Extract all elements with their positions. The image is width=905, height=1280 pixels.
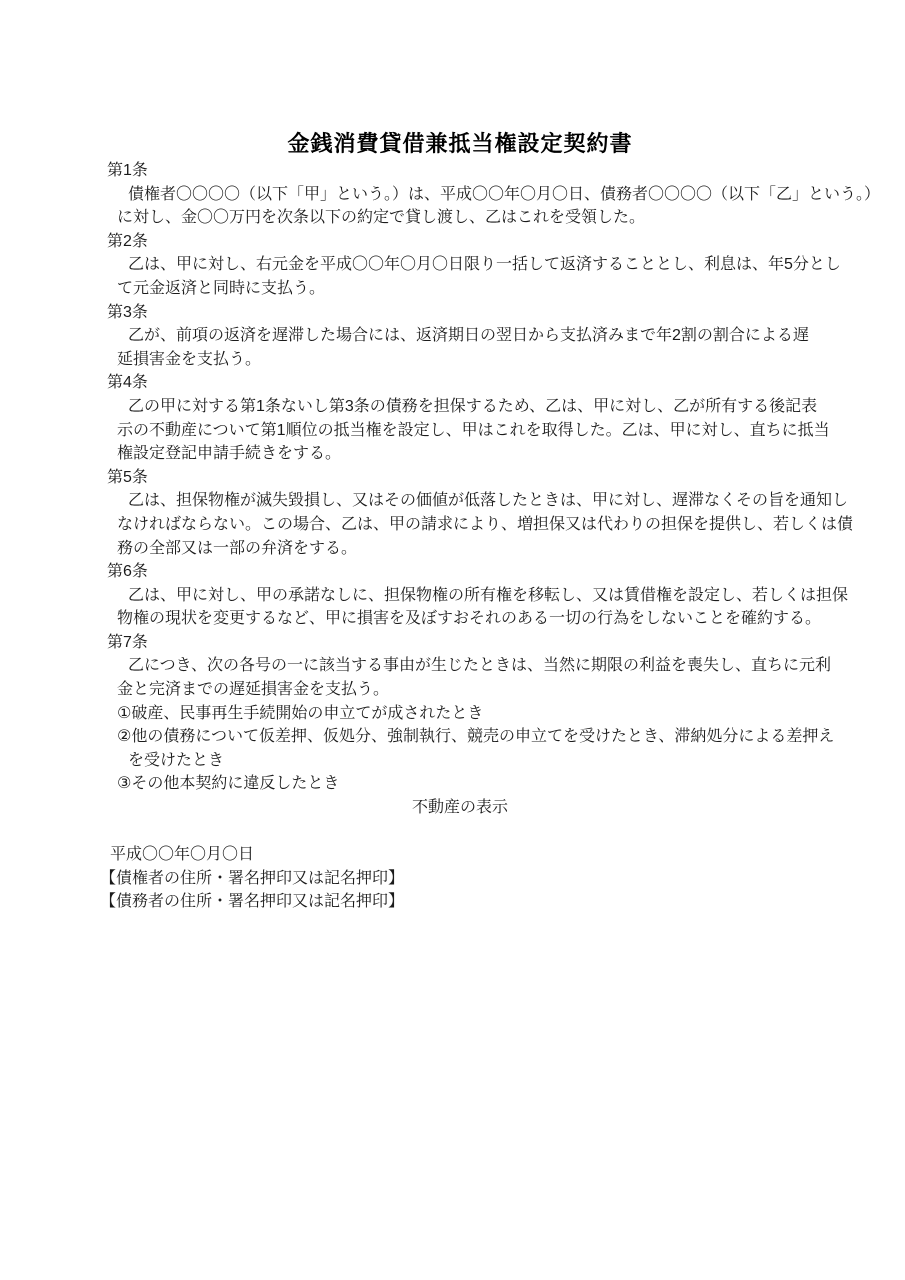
date-line: 平成〇〇年〇月〇日 xyxy=(110,843,820,867)
article-5-heading: 第5条 xyxy=(107,466,820,490)
numbered-item-2-line-2: を受けたとき xyxy=(128,749,820,773)
article-4-line-3: 権設定登記申請手続きをする。 xyxy=(117,442,820,466)
property-section-heading: 不動産の表示 xyxy=(100,796,820,820)
article-1-line-1: 債権者〇〇〇〇（以下「甲」という。）は、平成〇〇年〇月〇日、債務者〇〇〇〇（以下… xyxy=(128,183,820,207)
article-6-line-1: 乙は、甲に対し、甲の承諾なしに、担保物権の所有権を移転し、又は賃借権を設定し、若… xyxy=(128,584,820,608)
debtor-signature-line: 【債務者の住所・署名押印又は記名押印】 xyxy=(100,890,820,914)
article-4-heading: 第4条 xyxy=(107,371,820,395)
contract-document-page: 金銭消費貸借兼抵当権設定契約書 第1条 債権者〇〇〇〇（以下「甲」という。）は、… xyxy=(0,0,905,1280)
article-3-line-1: 乙が、前項の返済を遅滞した場合には、返済期日の翌日から支払済みまで年2割の割合に… xyxy=(128,324,820,348)
numbered-item-3-line-1: ③その他本契約に違反したとき xyxy=(117,772,820,796)
article-4-line-1: 乙の甲に対する第1条ないし第3条の債務を担保するため、乙は、甲に対し、乙が所有す… xyxy=(128,395,820,419)
creditor-signature-line: 【債権者の住所・署名押印又は記名押印】 xyxy=(100,867,820,891)
article-6-line-2: 物権の現状を変更するなど、甲に損害を及ぼすおそれのある一切の行為をしないことを確… xyxy=(117,607,820,631)
blank-line xyxy=(100,820,820,844)
article-5-line-1: 乙は、担保物権が滅失毀損し、又はその価値が低落したときは、甲に対し、遅滞なくその… xyxy=(128,489,820,513)
article-3-line-2: 延損害金を支払う。 xyxy=(117,348,820,372)
article-2-heading: 第2条 xyxy=(107,230,820,254)
article-7-heading: 第7条 xyxy=(107,631,820,655)
numbered-item-2-line-1: ②他の債務について仮差押、仮処分、強制執行、競売の申立てを受けたとき、滞納処分に… xyxy=(117,725,820,749)
document-body: 第1条 債権者〇〇〇〇（以下「甲」という。）は、平成〇〇年〇月〇日、債務者〇〇〇… xyxy=(100,159,820,914)
article-2-line-1: 乙は、甲に対し、右元金を平成〇〇年〇月〇日限り一括して返済することとし、利息は、… xyxy=(128,253,820,277)
article-5-line-2: なければならない。この場合、乙は、甲の請求により、増担保又は代わりの担保を提供し… xyxy=(117,513,820,537)
article-5-line-3: 務の全部又は一部の弁済をする。 xyxy=(117,537,820,561)
article-1-line-2: に対し、金〇〇万円を次条以下の約定で貸し渡し、乙はこれを受領した。 xyxy=(117,206,820,230)
article-2-line-2: て元金返済と同時に支払う。 xyxy=(117,277,820,301)
article-4-line-2: 示の不動産について第1順位の抵当権を設定し、甲はこれを取得した。乙は、甲に対し、… xyxy=(117,419,820,443)
numbered-item-1-line-1: ①破産、民事再生手続開始の申立てが成されたとき xyxy=(117,702,820,726)
article-7-line-1: 乙につき、次の各号の一に該当する事由が生じたときは、当然に期限の利益を喪失し、直… xyxy=(128,654,820,678)
document-title: 金銭消費貸借兼抵当権設定契約書 xyxy=(100,131,820,157)
article-7-line-2: 金と完済までの遅延損害金を支払う。 xyxy=(117,678,820,702)
article-6-heading: 第6条 xyxy=(107,560,820,584)
article-1-heading: 第1条 xyxy=(107,159,820,183)
article-3-heading: 第3条 xyxy=(107,301,820,325)
